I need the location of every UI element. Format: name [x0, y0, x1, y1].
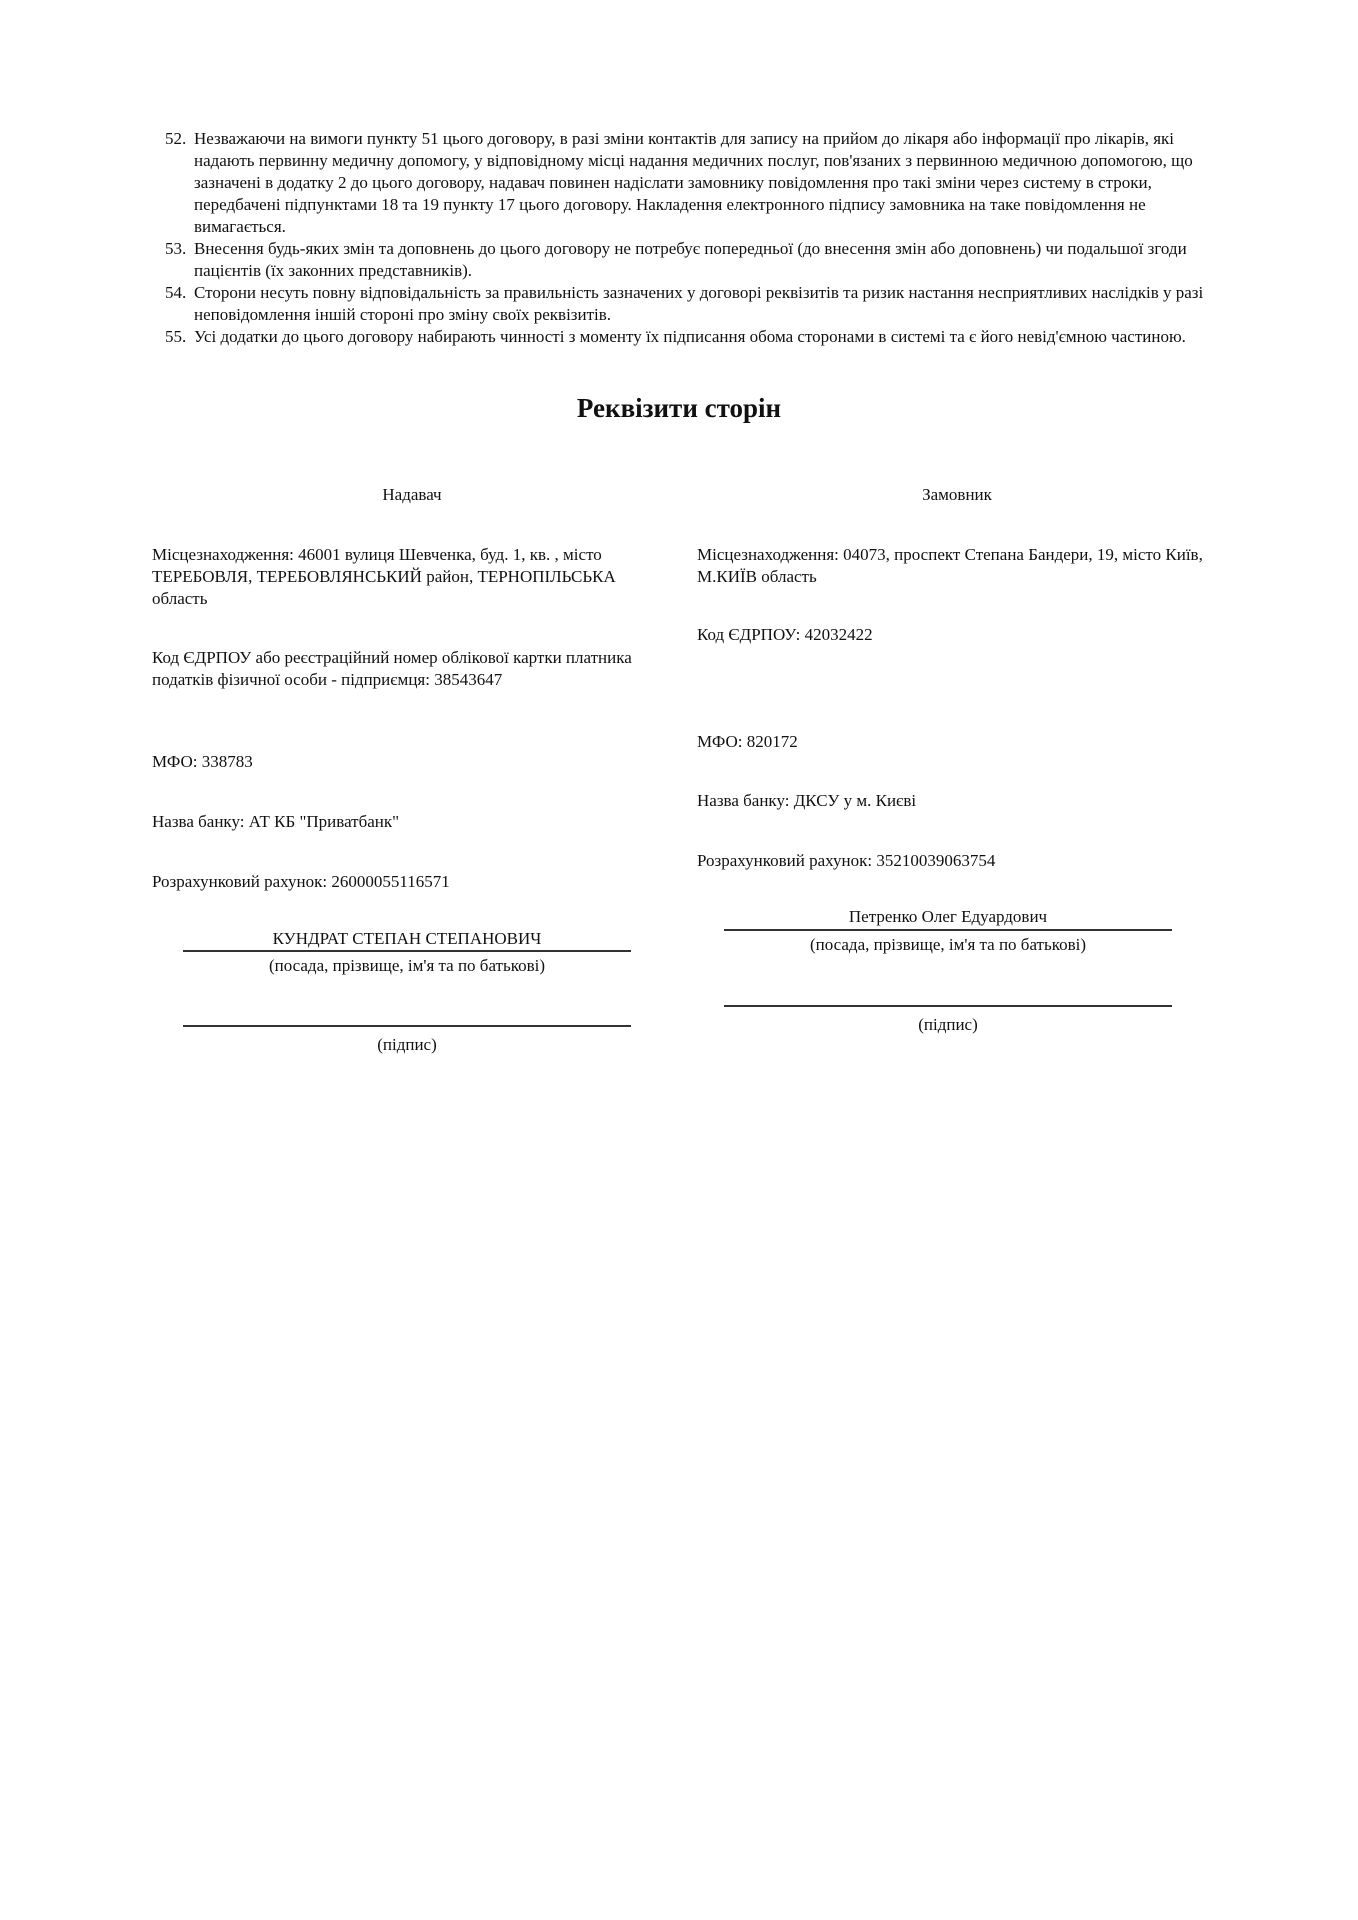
clause-number: 55.: [165, 326, 186, 348]
provider-heading: Надавач: [189, 484, 635, 506]
customer-address: Місцезнаходження: 04073, проспект Степан…: [697, 544, 1217, 588]
customer-name-line: [724, 929, 1172, 931]
clause-55: 55. Усі додатки до цього договору набира…: [165, 326, 1235, 348]
customer-code: Код ЄДРПОУ: 42032422: [697, 624, 1217, 646]
provider-bank: Назва банку: АТ КБ "Приватбанк": [152, 811, 672, 833]
provider-signature-caption: (підпис): [183, 1034, 631, 1056]
customer-account: Розрахунковий рахунок: 35210039063754: [697, 850, 1217, 872]
provider-mfo: МФО: 338783: [152, 751, 672, 773]
provider-signatory-name: КУНДРАТ СТЕПАН СТЕПАНОВИЧ: [183, 928, 631, 950]
clause-53: 53. Внесення будь-яких змін та доповнень…: [165, 238, 1235, 282]
customer-signature-caption: (підпис): [724, 1014, 1172, 1036]
clause-number: 53.: [165, 238, 186, 260]
clause-52: 52. Незважаючи на вимоги пункту 51 цього…: [165, 128, 1235, 238]
section-title: Реквізити сторін: [0, 392, 1358, 424]
clause-54: 54. Сторони несуть повну відповідальніст…: [165, 282, 1235, 326]
contract-clauses: 52. Незважаючи на вимоги пункту 51 цього…: [165, 128, 1235, 348]
customer-signatory-name: Петренко Олег Едуардович: [724, 906, 1172, 928]
provider-signatory-caption: (посада, прізвище, ім'я та по батькові): [183, 955, 631, 977]
clause-text: Усі додатки до цього договору набирають …: [194, 327, 1186, 346]
provider-account: Розрахунковий рахунок: 26000055116571: [152, 871, 672, 893]
customer-signatory-caption: (посада, прізвище, ім'я та по батькові): [724, 934, 1172, 956]
provider-name-line: [183, 950, 631, 952]
clause-text: Сторони несуть повну відповідальність за…: [194, 283, 1203, 324]
clause-text: Внесення будь-яких змін та доповнень до …: [194, 239, 1187, 280]
customer-bank: Назва банку: ДКСУ у м. Києві: [697, 790, 1217, 812]
customer-signature-line: [724, 1005, 1172, 1007]
provider-address: Місцезнаходження: 46001 вулиця Шевченка,…: [152, 544, 672, 610]
provider-signature-line: [183, 1025, 631, 1027]
clause-number: 52.: [165, 128, 186, 150]
provider-code: Код ЄДРПОУ або реєстраційний номер облік…: [152, 647, 652, 691]
customer-heading: Замовник: [734, 484, 1180, 506]
customer-mfo: МФО: 820172: [697, 731, 1217, 753]
clause-text: Незважаючи на вимоги пункту 51 цього дог…: [194, 129, 1193, 236]
clause-number: 54.: [165, 282, 186, 304]
